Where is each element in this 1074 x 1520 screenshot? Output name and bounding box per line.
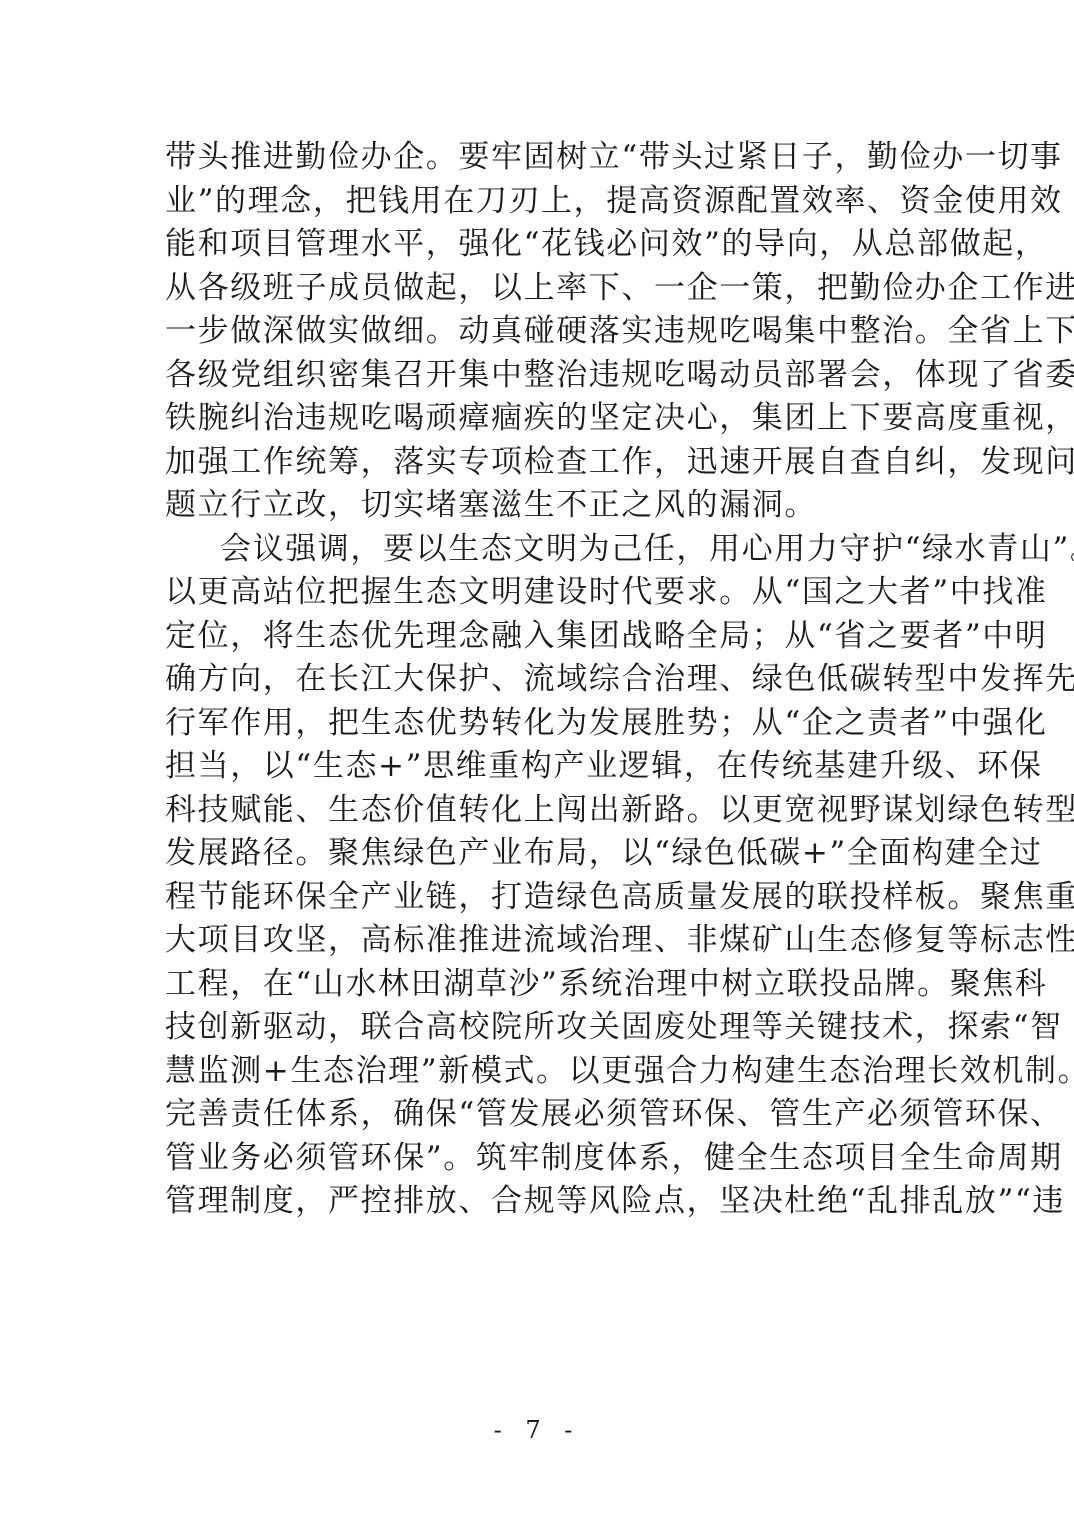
text-line: 加强工作统筹，落实专项检查工作，迅速开展自查自纠，发现问 [165, 441, 915, 485]
text-line: 一步做深做实做细。动真碰硬落实违规吃喝集中整治。全省上下 [165, 310, 915, 354]
text-line: 定位，将生态优先理念融入集团战略全局；从“省之要者”中明 [165, 615, 915, 659]
body-text: 带头推进勤俭办企。要牢固树立“带头过紧日子，勤俭办一切事 业”的理念，把钱用在刀… [165, 136, 915, 1224]
page-number: - 7 - [0, 1416, 1074, 1444]
paragraph-start-line: 会议强调，要以生态文明为己任，用心用力守护“绿水青山”。 [165, 528, 915, 572]
text-line: 程节能环保全产业链，打造绿色高质量发展的联投样板。聚焦重 [165, 876, 915, 920]
text-line: 大项目攻坚，高标准推进流域治理、非煤矿山生态修复等标志性 [165, 919, 915, 963]
text-line: 能和项目管理水平，强化“花钱必问效”的导向，从总部做起， [165, 223, 915, 267]
text-line: 各级党组织密集召开集中整治违规吃喝动员部署会，体现了省委 [165, 354, 915, 398]
text-line: 行军作用，把生态优势转化为发展胜势；从“企之责者”中强化 [165, 702, 915, 746]
text-line: 技创新驱动，联合高校院所攻关固废处理等关键技术，探索“智 [165, 1006, 915, 1050]
text-line: 铁腕纠治违规吃喝顽瘴痼疾的坚定决心，集团上下要高度重视， [165, 397, 915, 441]
text-line: 以更高站位把握生态文明建设时代要求。从“国之大者”中找准 [165, 571, 915, 615]
text-line: 业”的理念，把钱用在刀刃上，提高资源配置效率、资金使用效 [165, 180, 915, 224]
text-line: 管业务必须管环保”。筑牢制度体系，健全生态项目全生命周期 [165, 1137, 915, 1181]
paragraph-end-line: 题立行立改，切实堵塞滋生不正之风的漏洞。 [165, 484, 915, 528]
text-line: 确方向，在长江大保护、流域综合治理、绿色低碳转型中发挥先 [165, 658, 915, 702]
text-line: 工程，在“山水林田湖草沙”系统治理中树立联投品牌。聚焦科 [165, 963, 915, 1007]
text-line: 担当，以“生态+”思维重构产业逻辑，在传统基建升级、环保 [165, 745, 915, 789]
text-line: 完善责任体系，确保“管发展必须管环保、管生产必须管环保、 [165, 1093, 915, 1137]
document-page: 带头推进勤俭办企。要牢固树立“带头过紧日子，勤俭办一切事 业”的理念，把钱用在刀… [0, 0, 1074, 1520]
text-line: 发展路径。聚焦绿色产业布局，以“绿色低碳+”全面构建全过 [165, 832, 915, 876]
text-line: 慧监测+生态治理”新模式。以更强合力构建生态治理长效机制。 [165, 1050, 915, 1094]
text-line: 从各级班子成员做起，以上率下、一企一策，把勤俭办企工作进 [165, 267, 915, 311]
text-line: 科技赋能、生态价值转化上闯出新路。以更宽视野谋划绿色转型 [165, 789, 915, 833]
text-line: 管理制度，严控排放、合规等风险点，坚决杜绝“乱排乱放”“违 [165, 1180, 915, 1224]
text-line: 带头推进勤俭办企。要牢固树立“带头过紧日子，勤俭办一切事 [165, 136, 915, 180]
